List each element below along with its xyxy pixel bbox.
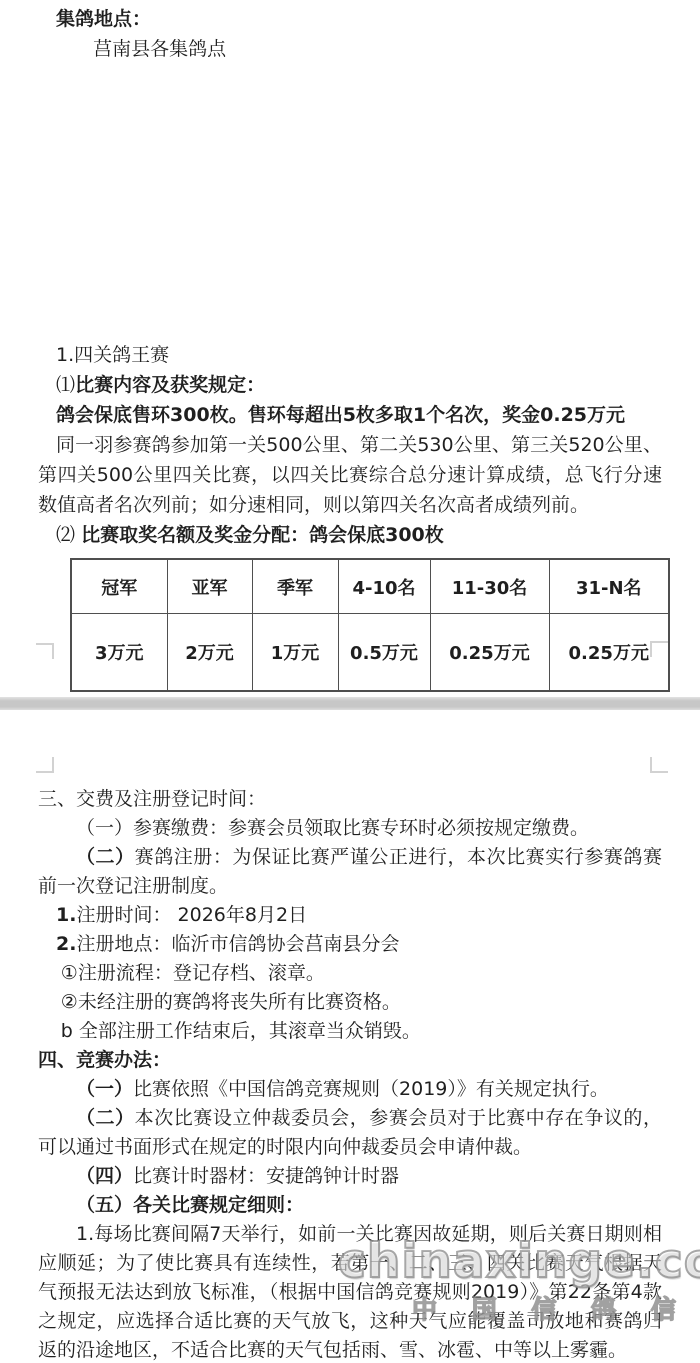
text-run: ①注册流程：登记存档、滚章。: [61, 962, 325, 984]
prize-table-value-cell: 2万元: [167, 614, 252, 692]
paragraph: 三、交费及注册登记时间：: [38, 785, 662, 814]
prize-table-value-cell: 0.5万元: [338, 614, 430, 692]
prize-table-header-row: 冠军亚军季军4-10名11-30名31-N名: [71, 559, 669, 614]
paragraph: 集鸽地点：: [38, 4, 662, 34]
page1-bottom-right-margin-mark: [650, 641, 668, 657]
text-run: （一）: [76, 1078, 133, 1100]
page2-top-left-margin-mark: [36, 757, 54, 773]
text-run: 四、竞赛办法：: [38, 1049, 171, 1071]
text-run: （四）: [76, 1165, 133, 1187]
text-run: 同一羽参赛鸽参加第一关500公里、第二关530公里、第三关520公里、第四关50…: [38, 434, 662, 516]
text-run: （二）: [76, 846, 135, 868]
paragraph: 莒南县各集鸽点: [38, 34, 662, 64]
text-run: 注册地点：临沂市信鸽协会莒南县分会: [77, 933, 400, 955]
paragraph: 1.每场比赛间隔7天举行，如前一关比赛因故延期，则后关赛日期则相应顺延；为了使比…: [38, 1220, 662, 1363]
text-run: b 全部注册工作结束后，其滚章当众销毁。: [61, 1020, 421, 1042]
prize-table-header-cell: 冠军: [71, 559, 167, 614]
prize-table-header-cell: 季军: [252, 559, 338, 614]
text-run: 1.: [56, 904, 76, 926]
text-run: 三、交费及注册登记时间：: [38, 788, 266, 810]
page1-header-block: 集鸽地点：莒南县各集鸽点: [38, 4, 662, 64]
text-run: （五）各关比赛规定细则：: [76, 1194, 304, 1216]
paragraph: 1.四关鸽王赛: [38, 340, 662, 370]
page2-top-right-margin-mark: [650, 757, 668, 773]
prize-table-header-cell: 31-N名: [549, 559, 669, 614]
text-run: （一）参赛缴费：参赛会员领取比赛专环时必须按规定缴费。: [76, 817, 589, 839]
paragraph: 四、竞赛办法：: [38, 1046, 662, 1075]
paragraph: ①注册流程：登记存档、滚章。: [38, 959, 662, 988]
paragraph: 1.注册时间： 2026年8月2日: [38, 901, 662, 930]
text-run: （二）: [76, 1107, 135, 1129]
prize-table-value-cell: 3万元: [71, 614, 167, 692]
text-run: 鸽会保底售环300枚。售环每超出5枚多取1个名次，奖金0.25万元: [56, 404, 625, 426]
paragraph: ②未经注册的赛鸽将丧失所有比赛资格。: [38, 988, 662, 1017]
text-run: 比赛取奖名额及奖金分配：鸽会保底300枚: [81, 524, 444, 546]
prize-table-header-cell: 11-30名: [430, 559, 549, 614]
text-run: 1.每场比赛间隔7天举行，如前一关比赛因故延期，则后关赛日期则相应顺延；为了使比…: [38, 1223, 662, 1361]
page1-body-block: 1.四关鸽王赛⑴比赛内容及获奖规定：鸽会保底售环300枚。售环每超出5枚多取1个…: [38, 340, 662, 550]
prize-table-header-cell: 4-10名: [338, 559, 430, 614]
paragraph: b 全部注册工作结束后，其滚章当众销毁。: [38, 1017, 662, 1046]
text-run: 2.: [56, 933, 76, 955]
text-run: ②未经注册的赛鸽将丧失所有比赛资格。: [61, 991, 401, 1013]
text-run: 集鸽地点：: [56, 8, 151, 30]
prize-table-value-cell: 1万元: [252, 614, 338, 692]
paragraph: ⑵ 比赛取奖名额及奖金分配：鸽会保底300枚: [38, 520, 662, 550]
page1-bottom-left-margin-mark: [36, 643, 54, 659]
paragraph: 同一羽参赛鸽参加第一关500公里、第二关530公里、第三关520公里、第四关50…: [38, 430, 662, 520]
text-run: 比赛内容及获奖规定：: [75, 374, 265, 396]
prize-table: 冠军亚军季军4-10名11-30名31-N名 3万元2万元1万元0.5万元0.2…: [70, 558, 670, 692]
paragraph: （五）各关比赛规定细则：: [38, 1191, 662, 1220]
text-run: 比赛依照《中国信鸽竞赛规则（2019）》有关规定执行。: [133, 1078, 609, 1100]
text-run: ⑵: [56, 524, 81, 546]
page2-body-block: 三、交费及注册登记时间：（一）参赛缴费：参赛会员领取比赛专环时必须按规定缴费。（…: [38, 785, 662, 1363]
paragraph: ⑴比赛内容及获奖规定：: [38, 370, 662, 400]
prize-table-header-cell: 亚军: [167, 559, 252, 614]
paragraph: （一）比赛依照《中国信鸽竞赛规则（2019）》有关规定执行。: [38, 1075, 662, 1104]
paragraph: 2.注册地点：临沂市信鸽协会莒南县分会: [38, 930, 662, 959]
document-sheet: 集鸽地点：莒南县各集鸽点 1.四关鸽王赛⑴比赛内容及获奖规定：鸽会保底售环300…: [0, 0, 700, 1363]
text-run: 比赛计时器材：安捷鸽钟计时器: [133, 1165, 399, 1187]
paragraph: （四）比赛计时器材：安捷鸽钟计时器: [38, 1162, 662, 1191]
paragraph: （一）参赛缴费：参赛会员领取比赛专环时必须按规定缴费。: [38, 814, 662, 843]
page-break-separator: [0, 697, 700, 710]
text-run: 注册时间： 2026年8月2日: [77, 904, 308, 926]
paragraph: 鸽会保底售环300枚。售环每超出5枚多取1个名次，奖金0.25万元: [38, 400, 662, 430]
text-run: 1.四关鸽王赛: [56, 344, 169, 366]
text-run: ⑴: [56, 374, 75, 396]
text-run: 莒南县各集鸽点: [93, 38, 226, 60]
paragraph: （二）赛鸽注册：为保证比赛严谨公正进行，本次比赛实行参赛鸽赛前一次登记注册制度。: [38, 843, 662, 901]
prize-table-value-cell: 0.25万元: [430, 614, 549, 692]
paragraph: （二）本次比赛设立仲裁委员会，参赛会员对于比赛中存在争议的，可以通过书面形式在规…: [38, 1104, 662, 1162]
prize-table-values-row: 3万元2万元1万元0.5万元0.25万元0.25万元: [71, 614, 669, 692]
